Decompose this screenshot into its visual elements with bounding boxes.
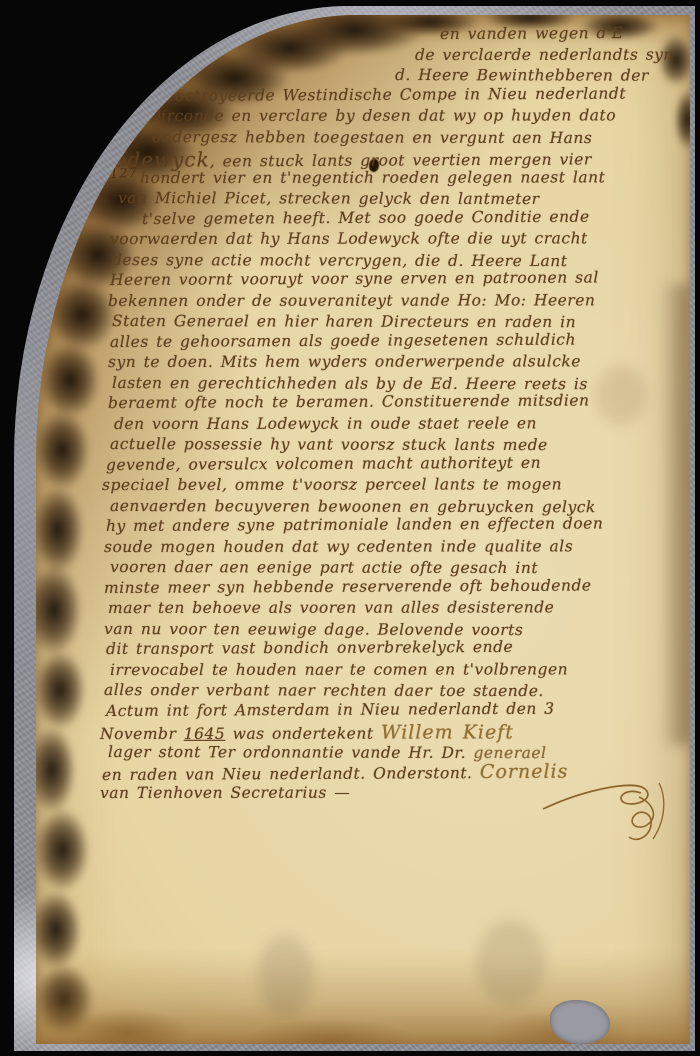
manuscript-line: bekennen onder de souveraniteyt vande Ho…: [108, 291, 686, 312]
manuscript-line: speciael bevel, omme t'voorsz perceel la…: [102, 475, 686, 496]
manuscript-line: Actum int fort Amsterdam in Nieu nederla…: [106, 698, 686, 722]
manuscript-line: de verclaerde nederlandts syn: [415, 45, 686, 66]
manuscript-line: Heeren voornt vooruyt voor syne erven en…: [110, 268, 686, 292]
manuscript-line: alles te gehoorsamen als goede ingeseten…: [110, 329, 686, 353]
burn-mark: [36, 964, 94, 1036]
manuscript-line: en vanden wegen d'E: [440, 24, 686, 46]
manuscript-line: Lodewyck, een stuck lants groot veertien…: [100, 145, 686, 169]
manuscript-page: 36:127 en vanden wegen d'Ede verclaerde …: [36, 15, 690, 1044]
manuscript-line: geoctroyeerde Westindische Compe in Nieu…: [155, 84, 686, 107]
manuscript-line: dit transport vast bondich onverbrekelyc…: [106, 637, 686, 661]
manuscript-line: hy met andere syne patrimoniale landen e…: [106, 514, 686, 538]
stain: [476, 920, 546, 1005]
manuscript-line: t'selve gemeten heeft. Met soo goede Con…: [142, 207, 686, 230]
burn-mark: [36, 726, 76, 814]
manuscript-line: Novembr 1645 was ondertekent Willem Kief…: [100, 721, 686, 742]
manuscript-line: hondert vier en t'negentich roeden geleg…: [140, 168, 686, 189]
burn-mark: [40, 342, 100, 418]
manuscript-line: voorwaerden dat hy Hans Lodewyck ofte di…: [110, 229, 686, 250]
burn-mark: [36, 564, 82, 656]
manuscript-scan: 36:127 en vanden wegen d'Ede verclaerde …: [0, 0, 700, 1056]
manuscript-text: en vanden wegen d'Ede verclaerde nederla…: [100, 25, 686, 804]
manuscript-line: beraemt ofte noch te beramen. Constituer…: [108, 391, 686, 415]
manuscript-line: syn te doen. Mits hem wyders onderwerpen…: [108, 352, 686, 373]
manuscript-line: minste meer syn hebbende reserverende of…: [104, 575, 686, 599]
burn-mark: [36, 410, 90, 490]
manuscript-line: soude mogen houden dat wy cedenten inde …: [104, 537, 686, 558]
manuscript-line: maer ten behoeve als vooren van alles de…: [108, 598, 686, 619]
burn-mark: [36, 650, 86, 730]
stain: [258, 935, 313, 1015]
manuscript-line: gevende, oversulcx volcomen macht author…: [106, 452, 686, 476]
manuscript-line: Oirconde en verclare by desen dat wy op …: [148, 106, 686, 127]
backing-show-through-hole: [550, 1000, 610, 1044]
burn-mark: [36, 486, 84, 574]
manuscript-line: irrevocabel te houden naer te comen en t…: [110, 660, 686, 681]
burn-mark: [36, 890, 82, 970]
manuscript-line: den voorn Hans Lodewyck in oude staet re…: [114, 414, 686, 435]
burn-mark: [36, 808, 90, 892]
secretary-paraph-flourish: [541, 773, 681, 853]
